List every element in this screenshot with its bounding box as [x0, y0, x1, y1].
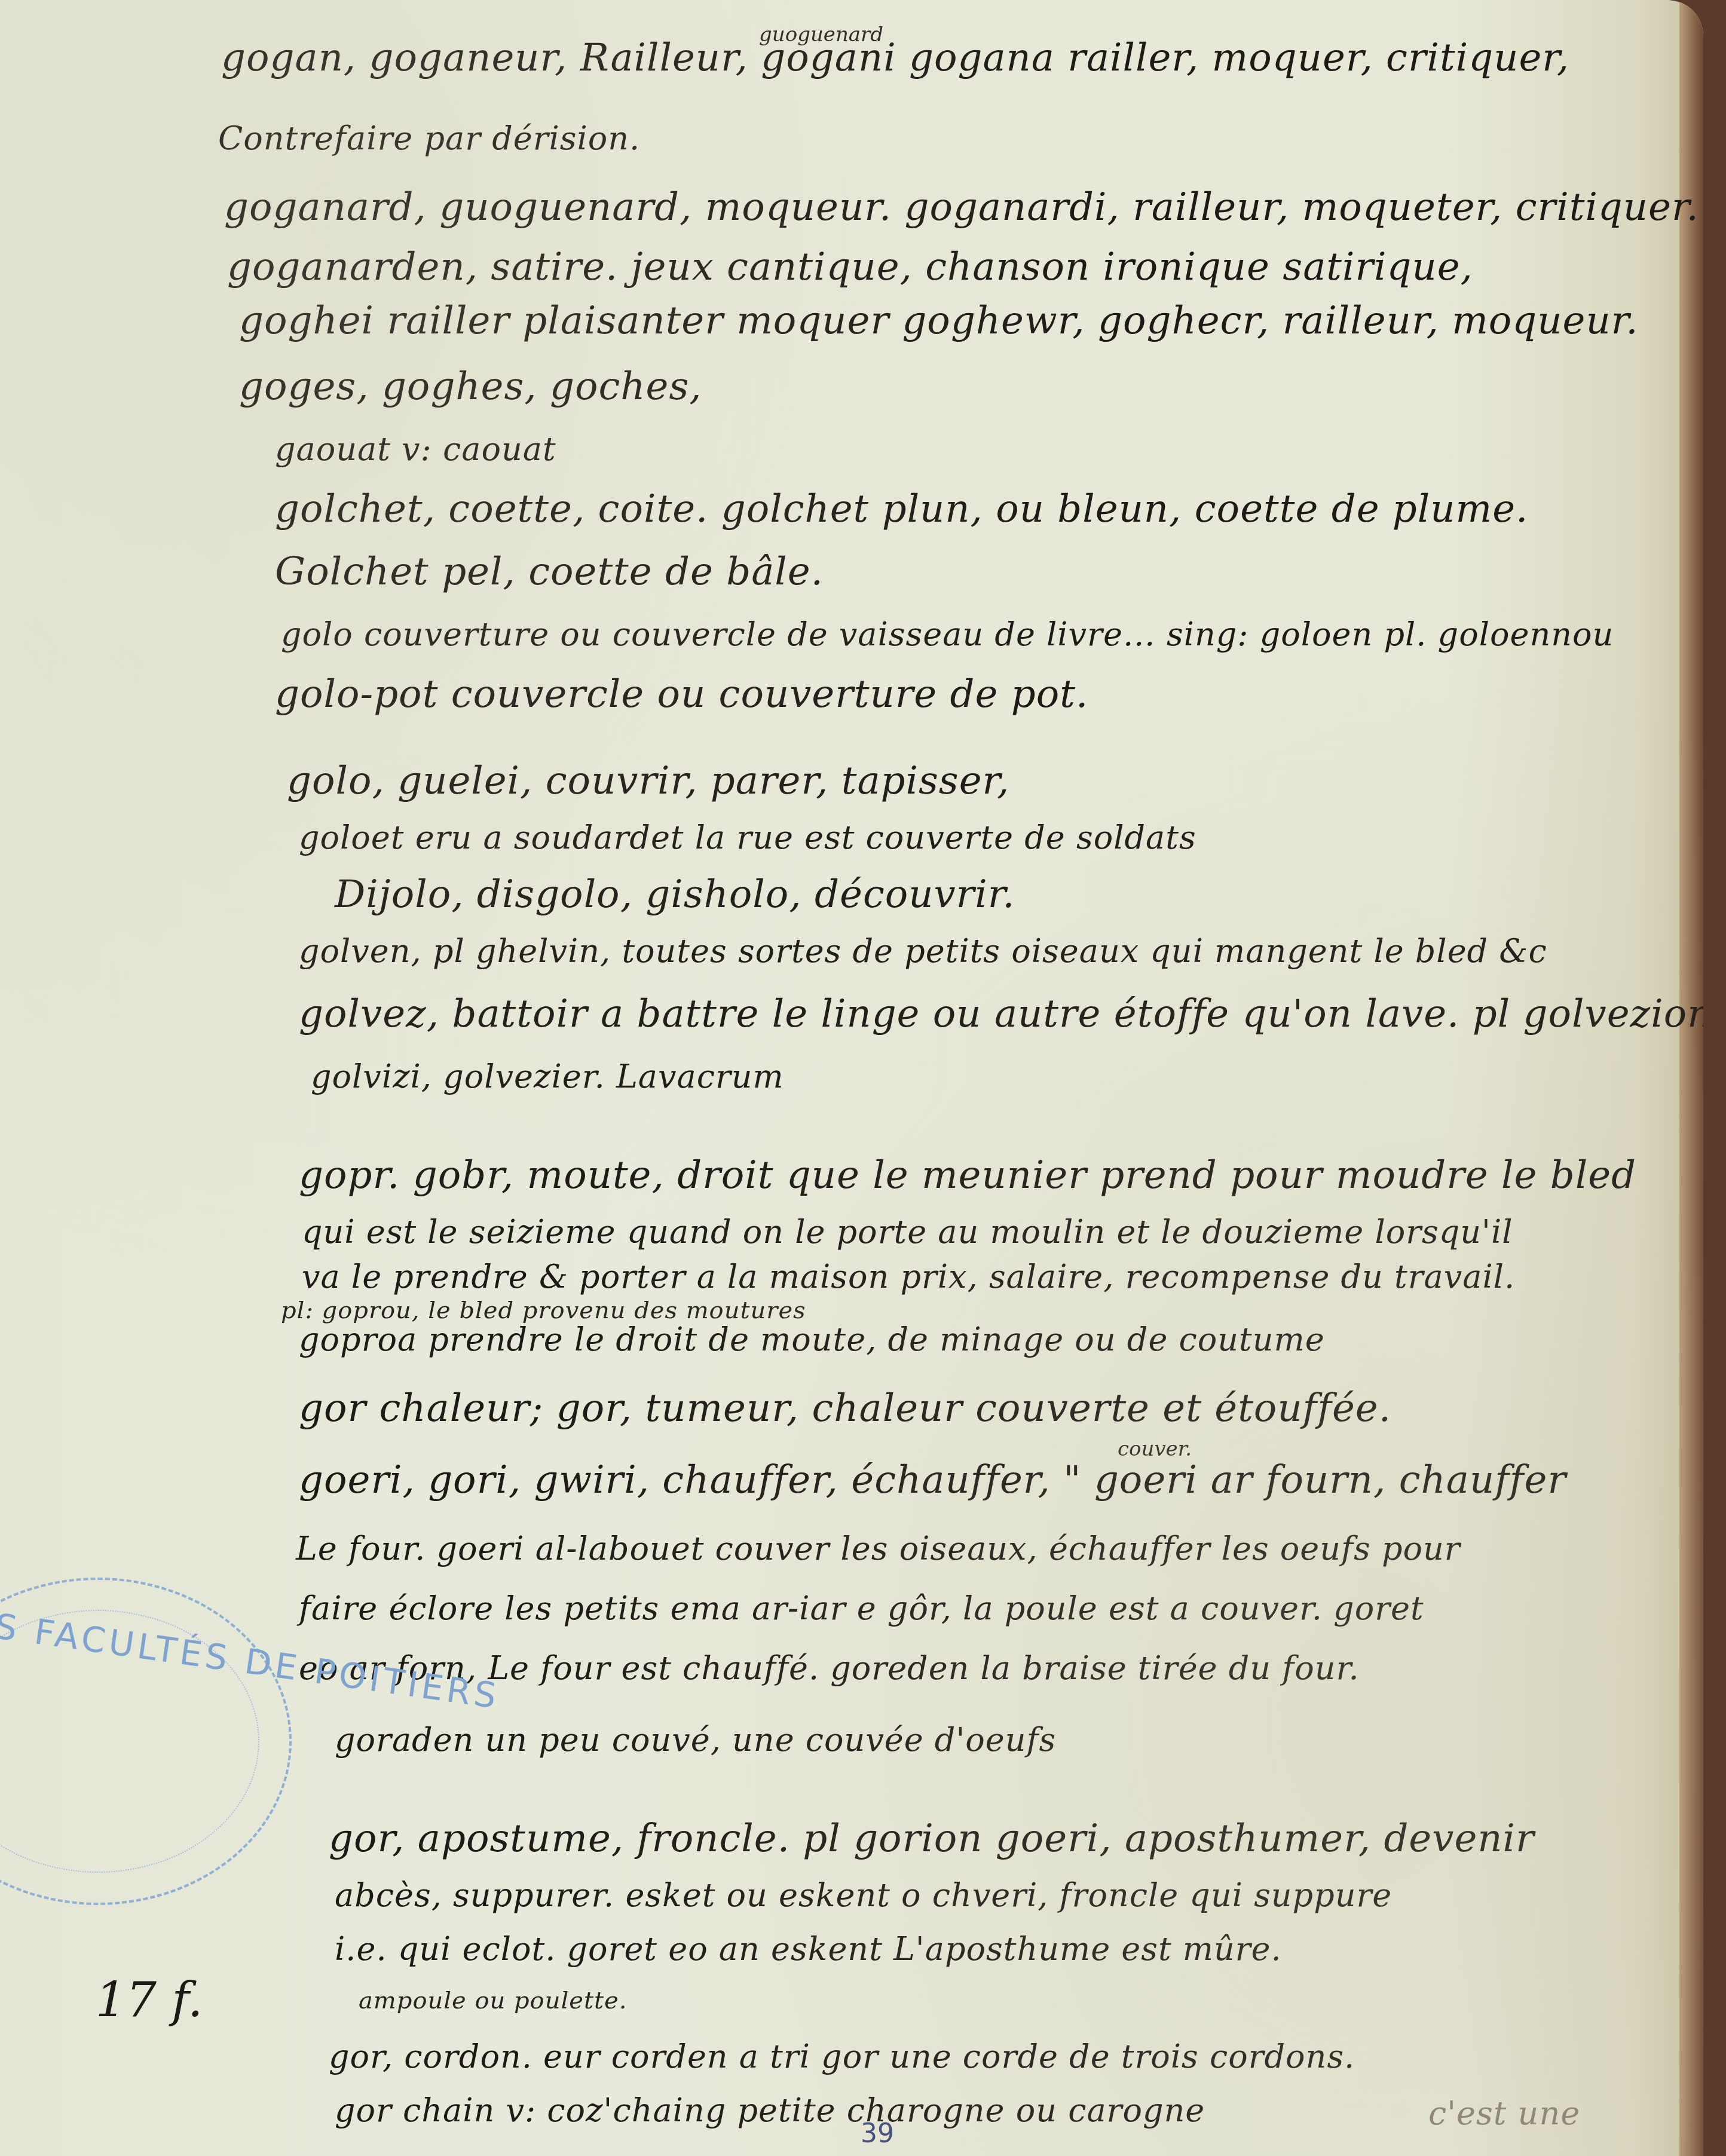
manuscript-line: goloet eru a soudardet la rue est couver… [299, 819, 1196, 856]
manuscript-page: gogan, goganeur, Railleur, gogani gogana… [0, 0, 1703, 2156]
manuscript-line: gor, apostume, froncle. pl gorion goeri,… [329, 1817, 1535, 1861]
manuscript-line: gor chain v: coz'chaing petite charogne … [335, 2091, 1205, 2129]
manuscript-line: gor, cordon. eur corden a tri gor une co… [329, 2038, 1355, 2075]
manuscript-line: va le prendre & porter a la maison prix,… [302, 1258, 1515, 1296]
manuscript-line: golchet, coette, coite. golchet plun, ou… [275, 487, 1528, 531]
folio-number: 17 f. [96, 1972, 203, 2028]
manuscript-line: goges, goghes, goches, [239, 365, 702, 409]
manuscript-line: goproa prendre le droit de moute, de min… [299, 1321, 1325, 1358]
manuscript-line: golven, pl ghelvin, toutes sortes de pet… [299, 932, 1547, 970]
manuscript-line: ampoule ou poulette. [359, 1987, 627, 2014]
manuscript-line: abcès, suppurer. esket ou eskent o chver… [335, 1876, 1392, 1914]
manuscript-line: goghei railler plaisanter moquer goghewr… [239, 299, 1639, 343]
manuscript-line: golo couverture ou couvercle de vaisseau… [281, 615, 1614, 653]
interlinear-note: guoguenard [759, 23, 883, 47]
manuscript-line: golvez, battoir a battre le linge ou aut… [299, 992, 1703, 1036]
manuscript-line: golvizi, golvezier. Lavacrum [311, 1058, 784, 1095]
manuscript-line: goeri, gori, gwiri, chauffer, échauffer,… [299, 1458, 1566, 1502]
manuscript-line: gogan, goganeur, Railleur, gogani gogana… [221, 36, 1569, 80]
manuscript-line: faire éclore les petits ema ar-iar e gôr… [299, 1590, 1424, 1627]
manuscript-line: qui est le seizieme quand on le porte au… [302, 1213, 1513, 1251]
manuscript-line: Contrefaire par dérision. [218, 120, 640, 157]
manuscript-line: goraden un peu couvé, une couvée d'oeufs [335, 1721, 1056, 1759]
manuscript-line: golo-pot couvercle ou couverture de pot. [275, 672, 1088, 716]
manuscript-line: gor chaleur; gor, tumeur, chaleur couver… [299, 1386, 1391, 1431]
manuscript-line: Le four. goeri al-labouet couver les ois… [296, 1530, 1461, 1567]
manuscript-line: gopr. gobr, moute, droit que le meunier … [299, 1153, 1636, 1198]
manuscript-line: i.e. qui eclot. goret eo an eskent L'apo… [335, 1930, 1282, 1968]
manuscript-line: Golchet pel, coette de bâle. [275, 550, 824, 594]
margin-annotation: c'est une [1428, 2094, 1580, 2132]
library-stamp-icon: DES FACULTÉS DE POITIERS [0, 1578, 292, 1905]
manuscript-line: gaouat v: caouat [275, 430, 556, 468]
manuscript-line: goganard, guoguenard, moqueur. goganardi… [224, 185, 1699, 229]
manuscript-line: goganarden, satire. jeux cantique, chans… [227, 245, 1473, 289]
page-edge [1679, 0, 1703, 2156]
interlinear-note: couver. [1118, 1437, 1192, 1461]
page-number: 39 [861, 2118, 894, 2149]
manuscript-line: golo, guelei, couvrir, parer, tapisser, [287, 759, 1009, 803]
manuscript-line: Dijolo, disgolo, gisholo, découvrir. [335, 872, 1015, 917]
